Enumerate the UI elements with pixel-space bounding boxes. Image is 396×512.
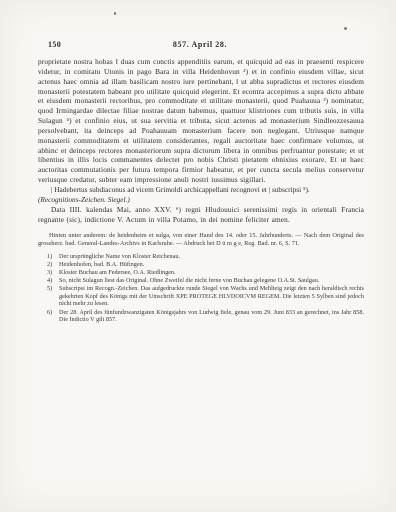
footnote: 2) Heidenhofen, bad. B.A. Hüfingen. (47, 261, 364, 269)
provenance-note: Hinten unter anderem: de heidenheim et s… (38, 232, 364, 248)
footnote-marker: 1) (47, 253, 52, 261)
footnote: 4) So, nicht Sulagun liest das Original.… (47, 277, 364, 285)
page-header: 150 857. April 28. (38, 40, 362, 52)
footnote-text: Der ursprüngliche Name von Kloster Reich… (59, 253, 180, 260)
footnote-marker: 4) (47, 277, 52, 285)
footnote: 5) Subscripsi im Recogn.-Zeichen. Das au… (47, 285, 364, 308)
footnote-text: Subscripsi im Recogn.-Zeichen. Das aufge… (59, 285, 364, 307)
footnote: 6) Der 28. April des fünfundzwanzigsten … (47, 309, 364, 324)
scan-speck (344, 27, 347, 30)
footnote: 1) Der ursprüngliche Name von Kloster Re… (47, 253, 364, 261)
footnote-text: Heidenhofen, bad. B.A. Hüfingen. (59, 261, 144, 268)
footnote-text: Der 28. April des fünfundzwanzigsten Kön… (59, 309, 364, 324)
charter-text: proprietate nostra hobas ‖ duas cum cunc… (38, 57, 364, 185)
footnote-marker: 3) (47, 269, 52, 277)
recognition-line: | Hadebertus subdiaconus ad vicem Grimol… (38, 185, 364, 195)
footnote-text: So, nicht Sulagun liest das Original. Oh… (59, 277, 319, 284)
charter-body: proprietate nostra hobas ‖ duas cum cunc… (38, 57, 364, 324)
scan-speck (114, 12, 116, 15)
footnotes: 1) Der ursprüngliche Name von Kloster Re… (38, 253, 364, 323)
scanned-book-page: 150 857. April 28. proprietate nostra ho… (0, 0, 396, 512)
footnote-marker: 5) (47, 285, 52, 293)
footnote: 3) Kloster Buchau am Federsee, O.A. Ried… (47, 269, 364, 277)
footnote-marker: 2) (47, 261, 52, 269)
footnote-text: Kloster Buchau am Federsee, O.A. Riedlin… (59, 269, 176, 276)
datum-line: Data IIII. kalendas Mai, anno XXV. ⁶) re… (38, 205, 364, 225)
recognition-note: (Recognitions-Zeichen. Siegel.) (38, 195, 364, 205)
footnote-marker: 6) (47, 309, 52, 317)
page-heading: 857. April 28. (38, 40, 362, 49)
